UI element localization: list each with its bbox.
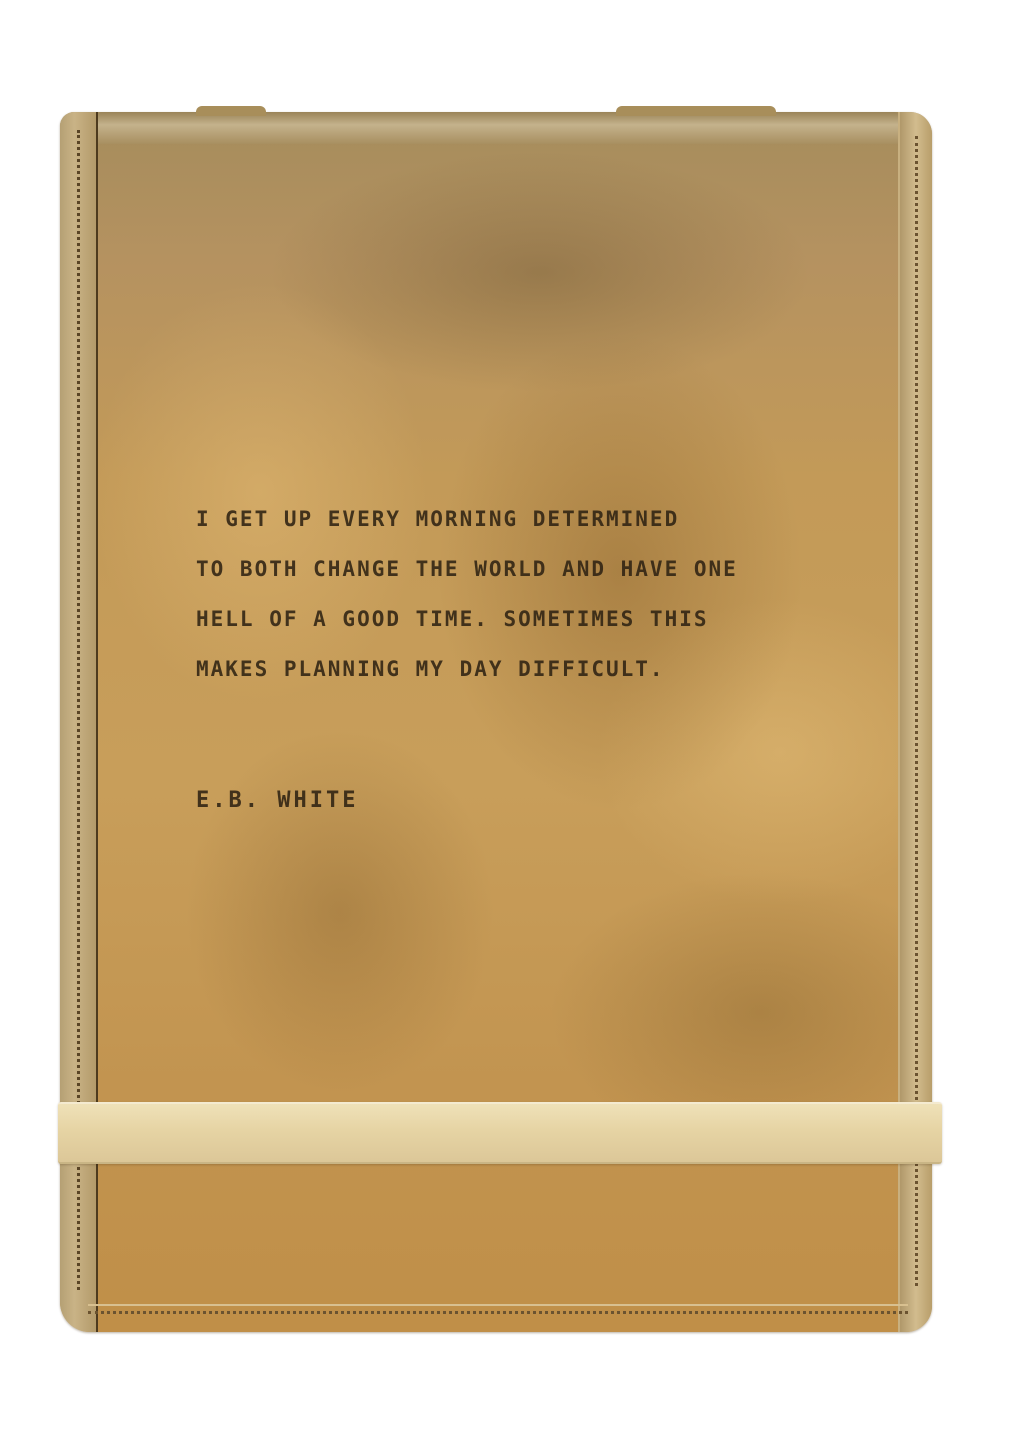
page-tab	[616, 106, 776, 116]
leather-journal: I get up every morning determined to bot…	[60, 112, 932, 1332]
quote-line: I get up every morning determined	[196, 494, 856, 544]
bottom-stitching	[88, 1311, 908, 1314]
quote-line: hell of a good time. Sometimes this	[196, 594, 856, 644]
quote-line: makes planning my day difficult.	[196, 644, 856, 694]
embossed-quote: I get up every morning determined to bot…	[196, 494, 856, 694]
page-tab	[196, 106, 266, 116]
elastic-closure-band	[58, 1102, 942, 1164]
quote-line: to both change the world and have one	[196, 544, 856, 594]
journal-top-edge	[96, 112, 900, 144]
quote-author: E.B. White	[196, 788, 358, 813]
bottom-edge-highlight	[88, 1304, 908, 1306]
